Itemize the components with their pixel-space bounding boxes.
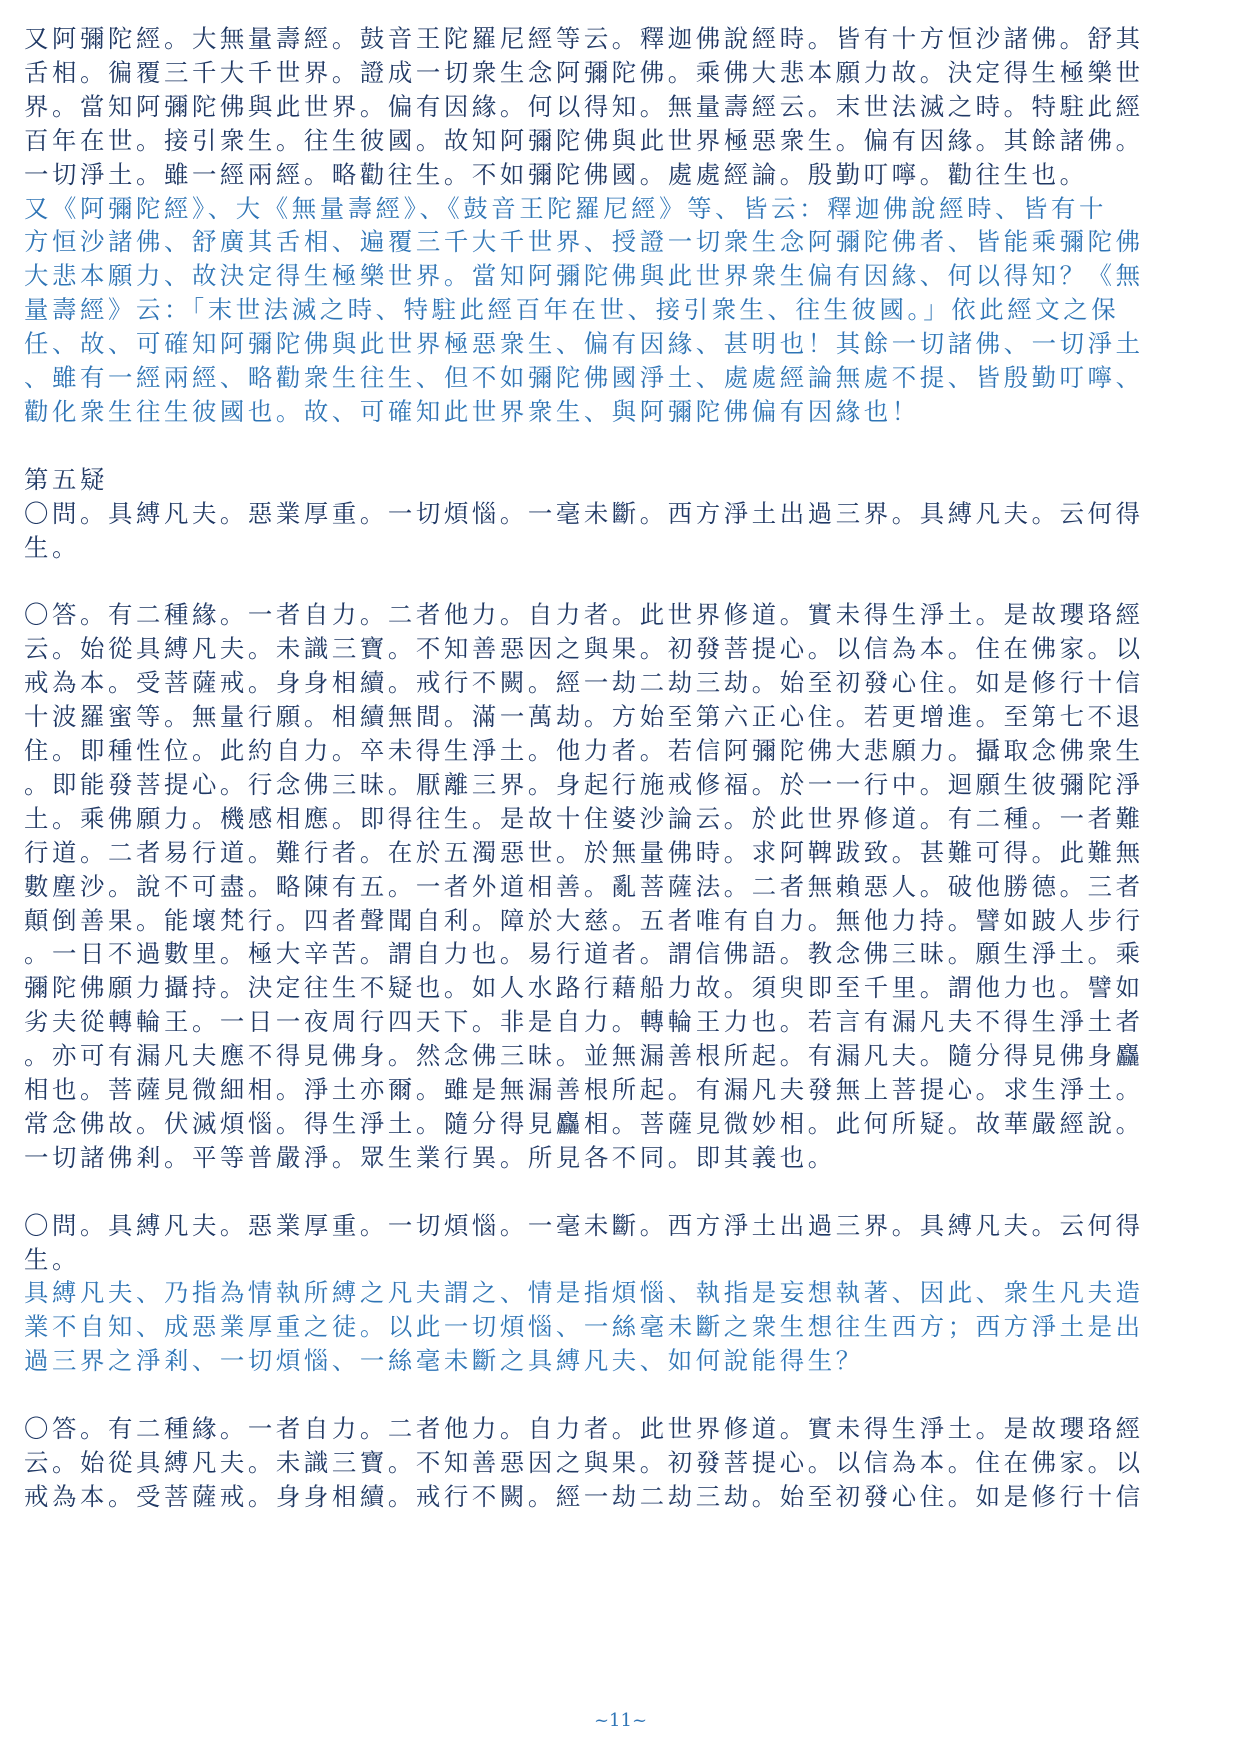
text-line: 劣夫從轉輪王。一日一夜周行四天下。非是自力。轉輪王力也。若言有漏凡夫不得生淨土者 (24, 1005, 1224, 1039)
text-line: 相也。菩薩見微細相。淨土亦爾。雖是無漏善根所起。有漏凡夫發無上菩提心。求生淨土。 (24, 1073, 1224, 1107)
text-line: 戒為本。受菩薩戒。身身相續。戒行不闕。經一劫二劫三劫。始至初發心住。如是修行十信 (24, 1480, 1224, 1514)
original-paragraph: 又阿彌陀經。大無量壽經。鼓音王陀羅尼經等云。釋迦佛說經時。皆有十方恒沙諸佛。舒其… (24, 22, 1224, 192)
text-line: 。亦可有漏凡夫應不得見佛身。然念佛三昧。並無漏善根所起。有漏凡夫。隨分得見佛身麤 (24, 1039, 1224, 1073)
text-line: 住。即種性位。此約自力。卒未得生淨土。他力者。若信阿彌陀佛大悲願力。攝取念佛衆生 (24, 734, 1224, 768)
text-line: 任、故、可確知阿彌陀佛與此世界極惡衆生、偏有因緣、甚明也！其餘一切諸佛、一切淨土 (24, 327, 1224, 361)
text-line: 〇答。有二種緣。一者自力。二者他力。自力者。此世界修道。實未得生淨土。是故瓔珞經 (24, 1412, 1224, 1446)
original-paragraph: 〇問。具縛凡夫。惡業厚重。一切煩惱。一毫未斷。西方淨土出過三界。具縛凡夫。云何得… (24, 1209, 1224, 1277)
text-line: 又《阿彌陀經》、大《無量壽經》、《鼓音王陀羅尼經》等、皆云：釋迦佛說經時、皆有十 (24, 192, 1224, 226)
text-line: 云。始從具縛凡夫。未識三寶。不知善惡因之與果。初發菩提心。以信為本。住在佛家。以 (24, 632, 1224, 666)
page-number: ~11~ (0, 1710, 1241, 1731)
text-line: 土。乘佛願力。機感相應。即得往生。是故十住婆沙論云。於此世界修道。有二種。一者難 (24, 802, 1224, 836)
text-line: 大悲本願力、故決定得生極樂世界。當知阿彌陀佛與此世界衆生偏有因緣、何以得知？《無 (24, 259, 1224, 293)
text-line: 〇問。具縛凡夫。惡業厚重。一切煩惱。一毫未斷。西方淨土出過三界。具縛凡夫。云何得 (24, 1209, 1224, 1243)
text-line: 數塵沙。說不可盡。略陳有五。一者外道相善。亂菩薩法。二者無賴惡人。破他勝德。三者 (24, 870, 1224, 904)
text-line: 〇答。有二種緣。一者自力。二者他力。自力者。此世界修道。實未得生淨土。是故瓔珞經 (24, 598, 1224, 632)
text-line: 顛倒善果。能壞梵行。四者聲聞自利。障於大慈。五者唯有自力。無他力持。譬如跛人步行 (24, 904, 1224, 938)
text-line: 彌陀佛願力攝持。決定往生不疑也。如人水路行藉船力故。須臾即至千里。謂他力也。譬如 (24, 971, 1224, 1005)
text-line: 云。始從具縛凡夫。未識三寶。不知善惡因之與果。初發菩提心。以信為本。住在佛家。以 (24, 1446, 1224, 1480)
text-line: 、雖有一經兩經、略勸衆生往生、但不如彌陀佛國淨土、處處經論無處不提、皆殷勤叮嚀、 (24, 361, 1224, 395)
text-line: 〇問。具縛凡夫。惡業厚重。一切煩惱。一毫未斷。西方淨土出過三界。具縛凡夫。云何得 (24, 497, 1224, 531)
translation-paragraph: 具縛凡夫、乃指為情執所縛之凡夫謂之、情是指煩惱、執指是妄想執著、因此、衆生凡夫造… (24, 1276, 1224, 1378)
text-line: 勸化衆生往生彼國也。故、可確知此世界衆生、與阿彌陀佛偏有因緣也！ (24, 395, 1224, 429)
original-paragraph: 第五疑〇問。具縛凡夫。惡業厚重。一切煩惱。一毫未斷。西方淨土出過三界。具縛凡夫。… (24, 463, 1224, 565)
text-line: 生。 (24, 1243, 1224, 1277)
text-line: 。一日不過數里。極大辛苦。謂自力也。易行道者。謂信佛語。教念佛三昧。願生淨土。乘 (24, 937, 1224, 971)
text-line: 戒為本。受菩薩戒。身身相續。戒行不闕。經一劫二劫三劫。始至初發心住。如是修行十信 (24, 666, 1224, 700)
text-line: 一切淨土。雖一經兩經。略勸往生。不如彌陀佛國。處處經論。殷勤叮嚀。勸往生也。 (24, 158, 1224, 192)
blank-line (24, 1378, 1224, 1412)
blank-line (24, 429, 1224, 463)
text-line: 常念佛故。伏滅煩惱。得生淨土。隨分得見麤相。菩薩見微妙相。此何所疑。故華嚴經說。 (24, 1107, 1224, 1141)
text-line: 。即能發菩提心。行念佛三昧。厭離三界。身起行施戒修福。於一一行中。迴願生彼彌陀淨 (24, 768, 1224, 802)
blank-line (24, 1175, 1224, 1209)
text-line: 方恒沙諸佛、舒廣其舌相、遍覆三千大千世界、授證一切衆生念阿彌陀佛者、皆能乘彌陀佛 (24, 225, 1224, 259)
blank-line (24, 564, 1224, 598)
text-line: 十波羅蜜等。無量行願。相續無間。滿一萬劫。方始至第六正心住。若更增進。至第七不退 (24, 700, 1224, 734)
text-line: 舌相。徧覆三千大千世界。證成一切衆生念阿彌陀佛。乘佛大悲本願力故。決定得生極樂世 (24, 56, 1224, 90)
text-line: 量壽經》云：「末世法滅之時、特駐此經百年在世、接引衆生、往生彼國。」依此經文之保 (24, 293, 1224, 327)
text-line: 行道。二者易行道。難行者。在於五濁惡世。於無量佛時。求阿鞞跋致。甚難可得。此難無 (24, 836, 1224, 870)
text-line: 過三界之淨剎、一切煩惱、一絲毫未斷之具縛凡夫、如何說能得生？ (24, 1344, 1224, 1378)
original-paragraph: 〇答。有二種緣。一者自力。二者他力。自力者。此世界修道。實未得生淨土。是故瓔珞經… (24, 1412, 1224, 1514)
text-line: 又阿彌陀經。大無量壽經。鼓音王陀羅尼經等云。釋迦佛說經時。皆有十方恒沙諸佛。舒其 (24, 22, 1224, 56)
text-line: 一切諸佛剎。平等普嚴淨。眾生業行異。所見各不同。即其義也。 (24, 1141, 1224, 1175)
text-line: 百年在世。接引衆生。往生彼國。故知阿彌陀佛與此世界極惡衆生。偏有因緣。其餘諸佛。 (24, 124, 1224, 158)
text-line: 業不自知、成惡業厚重之徒。以此一切煩惱、一絲毫未斷之衆生想往生西方；西方淨土是出 (24, 1310, 1224, 1344)
text-line: 界。當知阿彌陀佛與此世界。偏有因緣。何以得知。無量壽經云。末世法滅之時。特駐此經 (24, 90, 1224, 124)
text-line: 具縛凡夫、乃指為情執所縛之凡夫謂之、情是指煩惱、執指是妄想執著、因此、衆生凡夫造 (24, 1276, 1224, 1310)
document-page: 又阿彌陀經。大無量壽經。鼓音王陀羅尼經等云。釋迦佛說經時。皆有十方恒沙諸佛。舒其… (24, 22, 1224, 1514)
text-line: 第五疑 (24, 463, 1224, 497)
translation-paragraph: 又《阿彌陀經》、大《無量壽經》、《鼓音王陀羅尼經》等、皆云：釋迦佛說經時、皆有十… (24, 192, 1224, 429)
text-line: 生。 (24, 531, 1224, 565)
original-paragraph: 〇答。有二種緣。一者自力。二者他力。自力者。此世界修道。實未得生淨土。是故瓔珞經… (24, 598, 1224, 1174)
